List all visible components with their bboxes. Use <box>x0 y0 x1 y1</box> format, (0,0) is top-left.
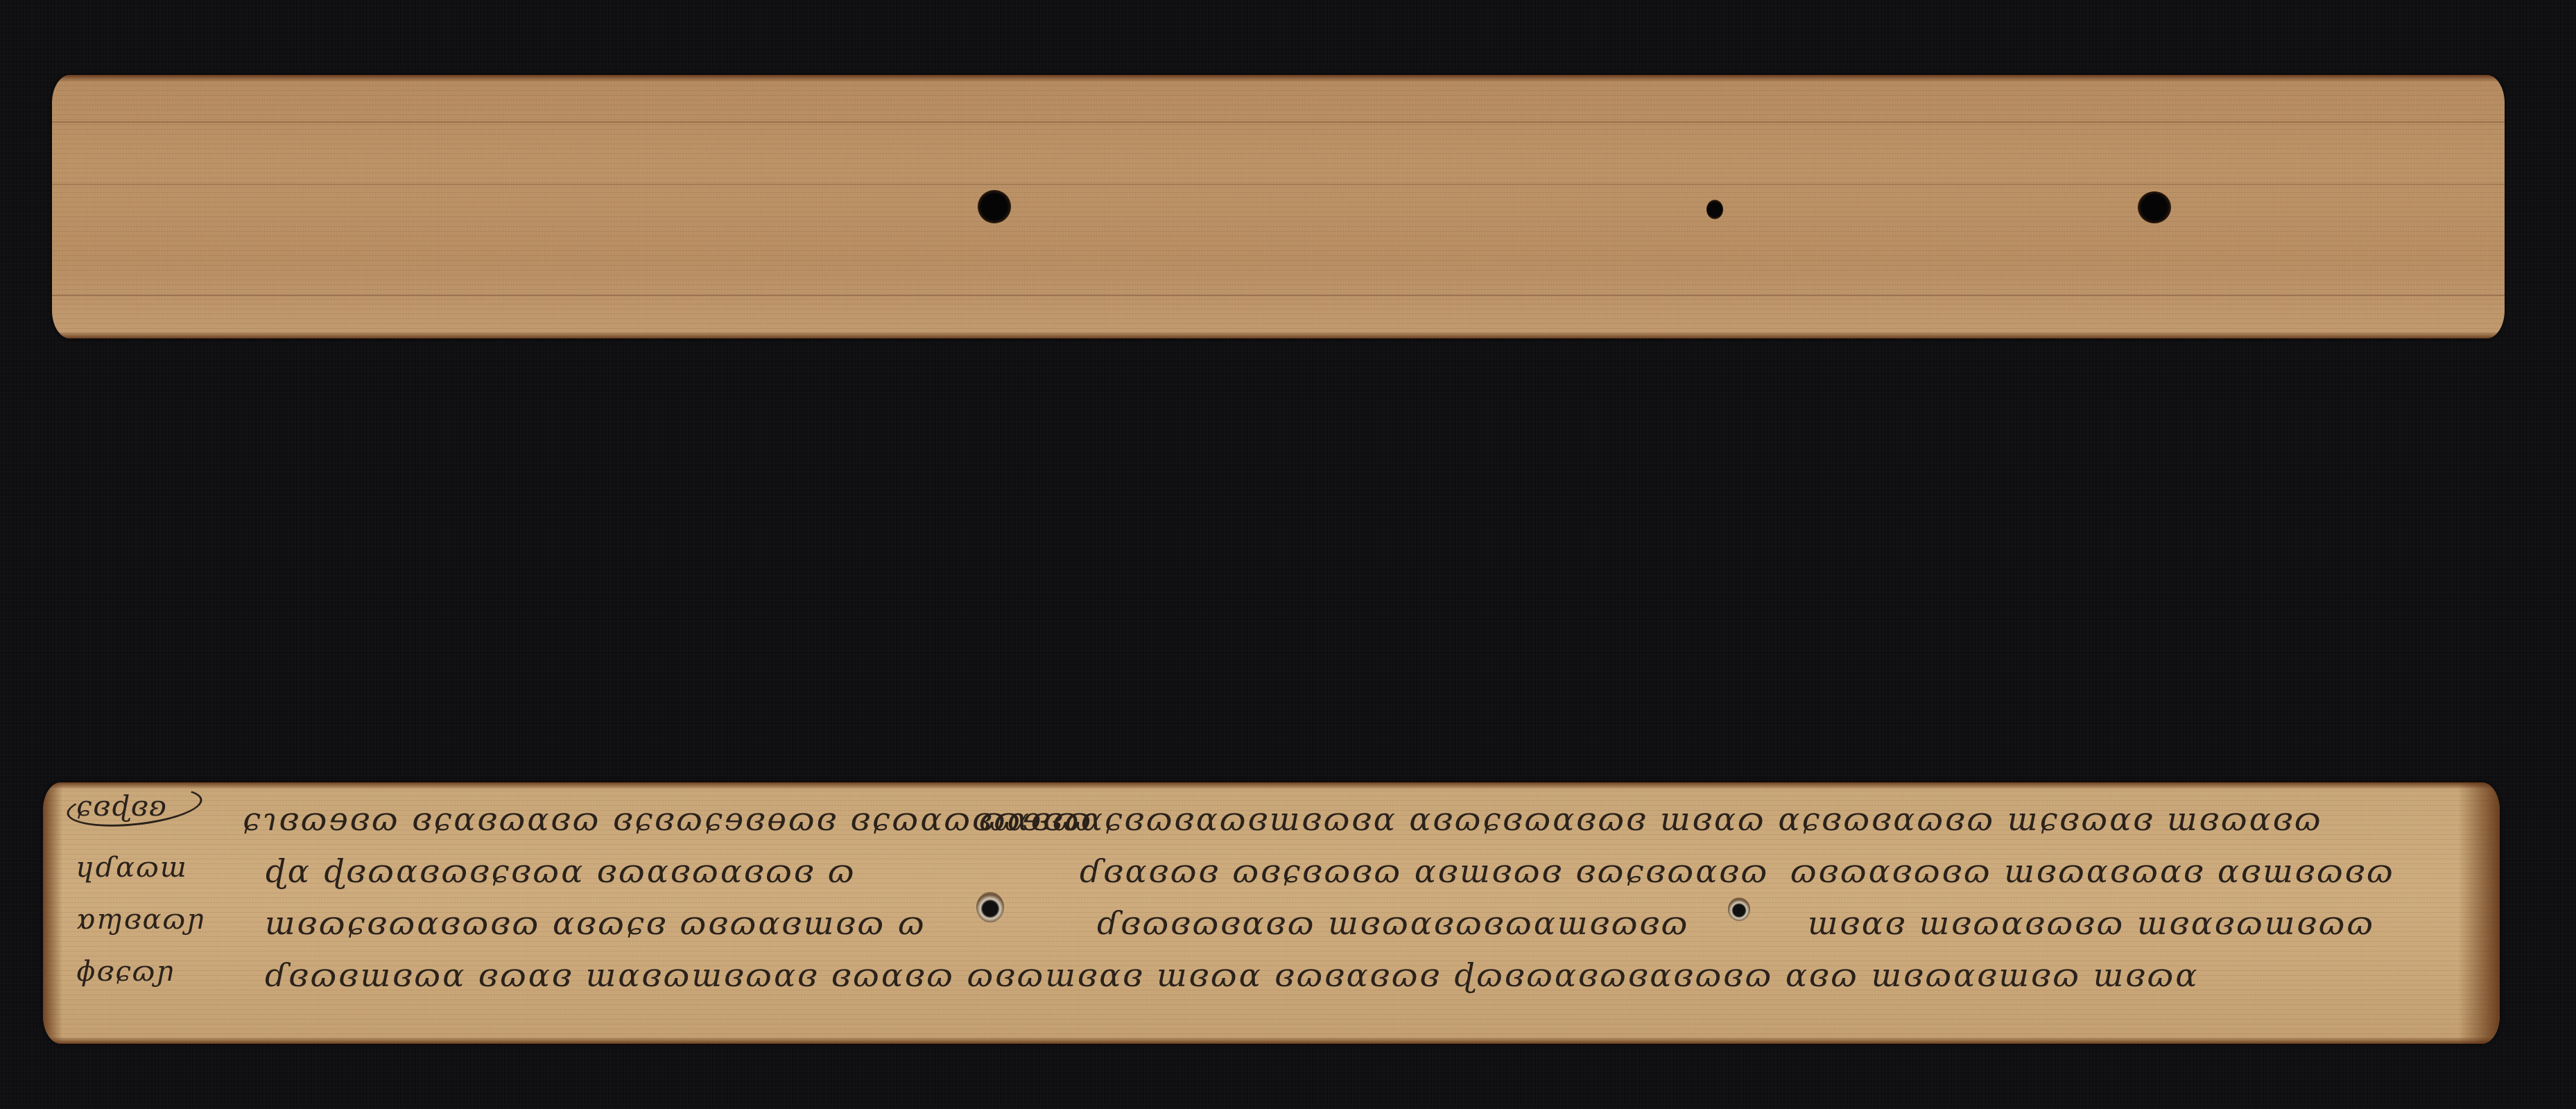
palm-leaf-top <box>52 75 2505 338</box>
leaf-right-edge-stain <box>2458 782 2500 1044</box>
margin-label: ɸɞɕɷɲ <box>76 956 175 988</box>
leaf-bottom-edge-wear <box>52 332 2505 338</box>
script-line-4: ɗɞɷɞɯɞɷɑ ɞɷɑɞ ɯɑɞɷɯɞɷɑɞ ɞɷɑɞɷ ɷɞɷɯɞɑɞ ɯɞ… <box>265 959 2199 991</box>
small-hole-icon <box>1706 200 1723 219</box>
script-line-2-segment-b: ɗɞɑɞɷɞ ɷɞɕɞɷɞɷ ɑɞɯɞɷɞ ɞɷɕɞɷɑɞɷ <box>1080 855 1769 887</box>
fibre-line <box>52 121 2505 123</box>
script-line-2-segment-a: ɖɑ ɖɞɷɑɞɷɞɕɞɷɑ ɞɷɑɞɷɑɞɷɞ ɷ <box>265 855 856 887</box>
palm-leaf-bottom: ɕɞɖɞʚ ɥɗɑɷɯ ɒɱɞɑɷɲ ɸɞɕɷɲ ɕɿɞɷɘɞɷ ɞɕɑɞɷɑɞ… <box>43 782 2500 1044</box>
leaf-left-edge-stain <box>43 782 62 1044</box>
margin-label: ɒɱɞɑɷɲ <box>76 904 206 936</box>
script-line-2-segment-c: ɷɞɷɑɞɷɞɷ ɯɞɷɑɞɷɑɞ ɑɞɯɞɷɞɷ <box>1790 855 2395 887</box>
binding-hole-icon <box>978 190 1011 223</box>
margin-label: ɕɞɖɞʚ <box>76 791 168 823</box>
leaf-bottom-edge-wear <box>43 1037 2500 1044</box>
binding-hole-icon <box>1728 897 1750 921</box>
script-line-1-segment-a: ɕɿɞɷɘɞɷ ɞɕɑɞɷɑɞɷ ɞɕɞɷɕɘɞɵɷɞ ɞɕɷɑɷɞɷɘɞɷ <box>243 803 1093 835</box>
margin-label: ɥɗɑɷɯ <box>76 852 188 884</box>
script-line-1-segment-b: ɷɑɞɷɑɕɞɷɞɑɷɞɯɞɷɞɑ ɑɞɷɕɞɷɑɞɷɞ ɯɞɑɷ ɑɕɞɷɞɑ… <box>979 803 2323 835</box>
script-line-3-segment-c: ɯɞɑɞ ɯɞɷɑɞɷɞɷ ɯɞɑɞɷɯɞɷɷ <box>1808 907 2375 939</box>
script-line-3-segment-a: ɯɞɷɕɞɷɑɞɷɞɷ ɑɞɷɕɞ ɷɞɷɑɞɯɞɷ ɷ <box>265 907 926 939</box>
fibre-line <box>52 184 2505 185</box>
leaf-top-edge-wear <box>52 75 2505 82</box>
fibre-line <box>52 295 2505 296</box>
binding-hole-icon <box>976 892 1004 922</box>
leaf-top-edge-wear <box>43 782 2500 789</box>
script-line-3-segment-b: ɗɞɷɞɷɞɑɞɷ ɯɞɷɑɞɷɞɷɑɯɞɷɞɷ <box>1097 907 1690 939</box>
binding-hole-icon <box>2138 191 2171 223</box>
